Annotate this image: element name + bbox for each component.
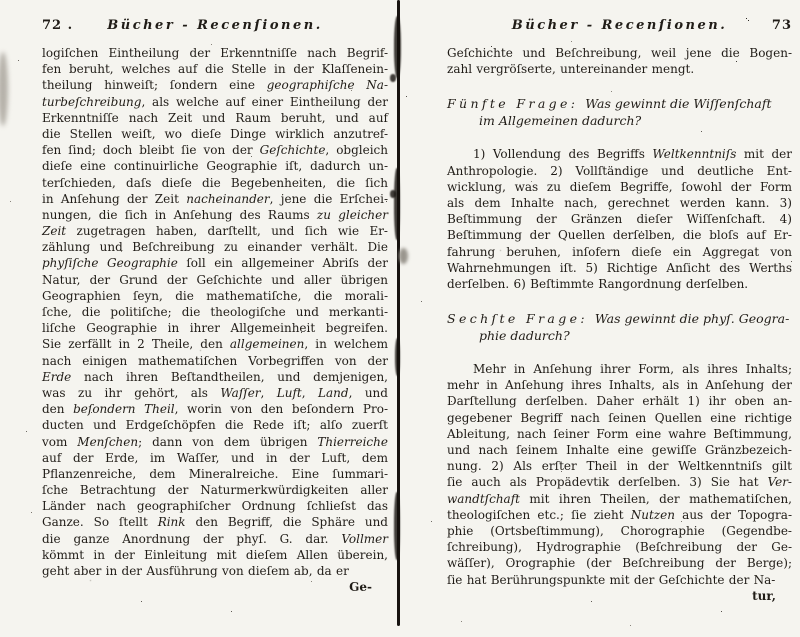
text-line: wäſſer), Orographie (der Beſchreibung de… — [447, 555, 792, 571]
question-6-line1: Sechſte Frage:Was gewinnt die phyſ. Geog… — [447, 311, 792, 327]
text-line: zählung und Beſchreibung zu einander ver… — [42, 239, 388, 255]
text-line: auf der Erde, im Waſſer, und in der Luft… — [42, 450, 388, 466]
question-5-text: Was gewinnt die Wiſſenſchaft — [585, 96, 771, 111]
text-line: wicklung, was zu dieſem Begriffe, ſowohl… — [447, 179, 792, 195]
question-6-line2: phie dadurch? — [447, 328, 792, 344]
text-line: nach einigen mathematiſchen Vorbegriffen… — [42, 353, 388, 369]
answer-5-paragraph: 1) Vollendung des Begriffs Weltkenntniſs… — [447, 146, 792, 292]
answer-6-paragraph: Mehr in Anſehung ihrer Form, als ihres I… — [447, 361, 792, 588]
text-line: in Anſehung der Zeit nacheinander, jene … — [42, 191, 388, 207]
gutter-ink-blob — [394, 492, 400, 560]
right-page: Bücher - Recenſionen. 73 Geſchichte und … — [447, 18, 792, 604]
question-5-line2: im Allgemeinen dadurch? — [447, 113, 792, 129]
left-page-number: 72 . — [42, 18, 90, 33]
continuation-paragraph: Geſchichte und Beſchreibung, weil jene d… — [447, 45, 792, 77]
text-line: fen beruht, welches auf die Stelle in de… — [42, 61, 388, 77]
text-line: fen ſind; doch bleibt ſie von der Geſchi… — [42, 142, 388, 158]
text-line: Ganze. So ſtellt Rink den Begriff, die S… — [42, 514, 388, 530]
gutter-ink-blob — [390, 190, 396, 198]
text-line: ſchreibung), Hydrographie (Beſchreibung … — [447, 539, 792, 555]
text-line: ducten und Erdgeſchöpfen die Rede iſt; a… — [42, 417, 388, 433]
text-line: zahl vergröſserte, untereinander mengt. — [447, 61, 792, 77]
text-line: wandtſchaft mit ihren Theilen, der mathe… — [447, 491, 792, 507]
left-page-body: logiſchen Eintheilung der Erkenntniſſe n… — [42, 45, 388, 579]
text-line: Wahrnehmungen iſt. 5) Richtige Anſicht d… — [447, 260, 792, 276]
text-line: fahrung beruhen, inſofern dieſe ein Aggr… — [447, 244, 792, 260]
text-line: Geographien ſeyn, die mathematiſche, die… — [42, 288, 388, 304]
text-line: Geſchichte und Beſchreibung, weil jene d… — [447, 45, 792, 61]
text-line: den beſondern Theil, worin von den beſon… — [42, 401, 388, 417]
right-page-number: 73 — [744, 18, 792, 33]
text-line: die ganze Anordnung der phyſ. G. dar. Vo… — [42, 531, 388, 547]
text-line: phie (Ortsbeſtimmung), Chorographie (Geg… — [447, 523, 792, 539]
question-heading-6: Sechſte Frage:Was gewinnt die phyſ. Geog… — [447, 311, 792, 344]
gutter-ink-blob — [394, 168, 400, 240]
text-line: ſie hat Berührungspunkte mit der Geſchic… — [447, 572, 792, 588]
text-line: und nach ſeinem Inhalte eine gewiſſe Grä… — [447, 442, 792, 458]
right-page-header: Bücher - Recenſionen. 73 — [447, 18, 792, 36]
left-page-header: 72 . Bücher - Recenſionen. — [42, 18, 388, 36]
gutter-ink-blob — [390, 74, 396, 82]
question-6-text: Was gewinnt die phyſ. Geogra- — [595, 311, 789, 326]
text-line: Erde nach ihren Beſtandtheilen, und demj… — [42, 369, 388, 385]
question-6-label: Sechſte Frage: — [447, 311, 588, 326]
text-line: Anthropologie. 2) Vollſtändige und deutl… — [447, 163, 792, 179]
question-5-line1: Fünfte Frage:Was gewinnt die Wiſſenſchaf… — [447, 96, 792, 112]
question-5-label: Fünfte Frage: — [447, 96, 578, 111]
text-line: Pflanzenreiche, dem Mineralreiche. Eine … — [42, 466, 388, 482]
text-line: Beſtimmung der Quellen derſelben, die bl… — [447, 227, 792, 243]
text-line: theilung hinweiſt; ſondern eine geograph… — [42, 77, 388, 93]
text-line: nungen, die ſich in Anſehung des Raums z… — [42, 207, 388, 223]
gutter-ink-blob — [395, 338, 400, 376]
text-line: turbeſchreibung, als welche auf einer Ei… — [42, 94, 388, 110]
left-catchword: Ge- — [42, 579, 388, 595]
gutter-smudge — [399, 248, 408, 264]
text-line: Mehr in Anſehung ihrer Form, als ihres I… — [447, 361, 792, 377]
text-line: theologiſchen etc.; ſie zieht Nutzen aus… — [447, 507, 792, 523]
text-line: Zeit zugetragen haben, darſtellt, und ſi… — [42, 223, 388, 239]
text-line: als dem Inhalte nach, gerechnet werden k… — [447, 195, 792, 211]
text-line: Erkenntniſſe nach Zeit und Raum beruht, … — [42, 110, 388, 126]
text-line: dieſe eine continuirliche Geographie iſt… — [42, 158, 388, 174]
text-line: Sie zerfällt in 2 Theile, den allgemeine… — [42, 336, 388, 352]
text-line: was zu ihr gehört, als Waſſer, Luft, Lan… — [42, 385, 388, 401]
right-running-title: Bücher - Recenſionen. — [495, 18, 744, 33]
left-page: 72 . Bücher - Recenſionen. logiſchen Ein… — [42, 18, 388, 595]
text-line: Ableitung, nach ſeiner Form eine wahre B… — [447, 426, 792, 442]
text-line: derſelben. 6) Beſtimmte Rangordnung derſ… — [447, 276, 792, 292]
text-line: terſchieden, daſs dieſe die Begebenheite… — [42, 175, 388, 191]
scan-noise-specks — [0, 0, 1, 1]
text-line: ſche, die politiſche; die theologiſche u… — [42, 304, 388, 320]
text-line: Natur, der Grund der Geſchichte und alle… — [42, 272, 388, 288]
text-line: liſche Geographie in ihrer Allgemeinheit… — [42, 320, 388, 336]
text-line: nung. 2) Als erſter Theil in der Weltken… — [447, 458, 792, 474]
text-line: logiſchen Eintheilung der Erkenntniſſe n… — [42, 45, 388, 61]
text-line: Beſtimmung der Gränzen dieſer Wiſſenſcha… — [447, 211, 792, 227]
text-line: phyſiſche Geographie ſoll ein allgemeine… — [42, 255, 388, 271]
text-line: 1) Vollendung des Begriffs Weltkenntniſs… — [447, 146, 792, 162]
text-line: Darſtellung derſelben. Daher erhält 1) i… — [447, 393, 792, 409]
text-line: geht aber in der Ausführung von dieſem a… — [42, 563, 388, 579]
right-catchword: tur, — [447, 588, 792, 604]
text-line: ſie auch als Propädevtik derſelben. 3) S… — [447, 474, 792, 490]
text-line: Länder nach geographiſcher Ordnung ſchli… — [42, 498, 388, 514]
text-line: die Stellen weiſt, wo dieſe Dinge wirkli… — [42, 126, 388, 142]
left-running-title: Bücher - Recenſionen. — [90, 18, 340, 33]
text-line: kömmt in der Einleitung mit dieſem Allen… — [42, 547, 388, 563]
left-edge-smudge — [0, 52, 8, 126]
gutter-ink-blob — [394, 16, 401, 78]
text-line: gegebener Begriff nach ſeinen Quellen ei… — [447, 410, 792, 426]
text-line: ſche Betrachtung der Naturmerkwürdigkeit… — [42, 482, 388, 498]
text-line: mehr in Anſehung ihres Inhalts, als in A… — [447, 377, 792, 393]
question-heading-5: Fünfte Frage:Was gewinnt die Wiſſenſchaf… — [447, 96, 792, 129]
text-line: vom Menſchen; dann von dem übrigen Thier… — [42, 434, 388, 450]
